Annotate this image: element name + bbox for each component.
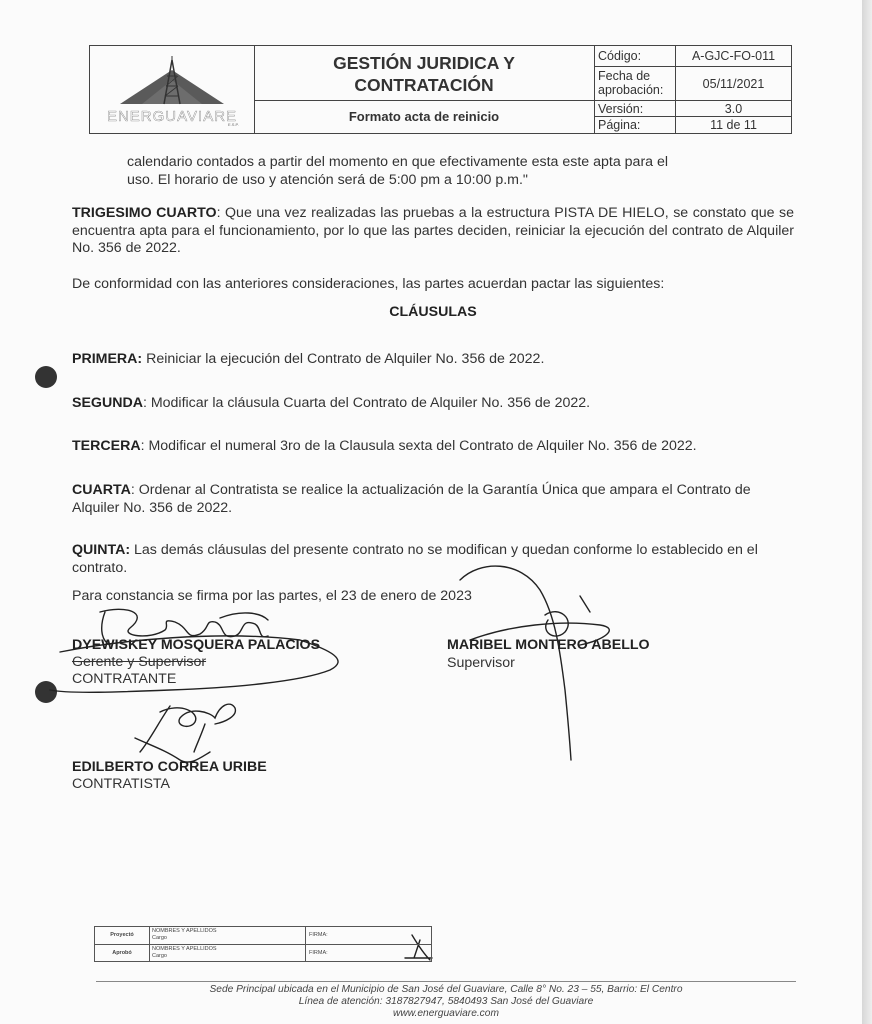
meta-row-fecha: Fecha de aprobación: 05/11/2021: [594, 67, 791, 101]
logo-cell: ENERGUAVIARE E.S.P.: [90, 46, 255, 133]
meta-row-codigo: Código: A-GJC-FO-011: [594, 46, 791, 67]
footer-phone: Línea de atención: 3187827947, 5840493 S…: [96, 996, 796, 1009]
title-line-2: CONTRATACIÓN: [254, 74, 594, 96]
clause-text: Las demás cláusulas del presente contrat…: [72, 542, 758, 576]
meta-value: 05/11/2021: [676, 67, 791, 100]
signatory-2-role: Supervisor: [447, 655, 515, 671]
meta-label: Página:: [594, 117, 676, 133]
approval-table: Proyectó NOMBRES Y APELLIDOS Cargo FIRMA…: [94, 926, 432, 962]
meta-label: Versión:: [594, 101, 676, 116]
title-line-1: GESTIÓN JURIDICA Y: [254, 52, 594, 74]
footer-address: Sede Principal ubicada en el Municipio d…: [96, 984, 796, 997]
approval-row-names: NOMBRES Y APELLIDOS Cargo: [152, 946, 302, 960]
clause-label: PRIMERA:: [72, 351, 142, 367]
approval-row-names: NOMBRES Y APELLIDOS Cargo: [152, 928, 302, 942]
mountain-tower-logo-icon: [112, 56, 232, 116]
signatory-3-role: CONTRATISTA: [72, 776, 170, 792]
trigesimo-cuarto-label: TRIGESIMO CUARTO: [72, 205, 217, 221]
meta-value: 3.0: [676, 101, 791, 116]
punch-hole-decoration: [35, 366, 57, 388]
document-subtitle: Formato acta de reinicio: [254, 109, 594, 124]
approval-row-aprobo: Aprobó NOMBRES Y APELLIDOS Cargo FIRMA:: [95, 944, 431, 962]
meta-value: 11 de 11: [676, 117, 791, 133]
clause-quinta: QUINTA: Las demás cláusulas del presente…: [72, 542, 794, 577]
conformidad-paragraph: De conformidad con las anteriores consid…: [72, 276, 794, 294]
clause-tercera: TERCERA: Modificar el numeral 3ro de la …: [72, 438, 794, 456]
document-header-table: ENERGUAVIARE E.S.P. GESTIÓN JURIDICA Y C…: [89, 45, 792, 134]
clause-label: TERCERA: [72, 438, 141, 454]
punch-hole-decoration: [35, 681, 57, 703]
clause-text: : Ordenar al Contratista se realice la a…: [72, 482, 751, 516]
clause-segunda: SEGUNDA: Modificar la cláusula Cuarta de…: [72, 395, 794, 413]
document-title: GESTIÓN JURIDICA Y CONTRATACIÓN: [254, 52, 594, 96]
meta-label: Fecha de aprobación:: [594, 67, 676, 100]
constancia-line: Para constancia se firma por las partes,…: [72, 588, 794, 606]
clause-text: : Modificar la cláusula Cuarta del Contr…: [143, 395, 590, 411]
trigesimo-cuarto-paragraph: TRIGESIMO CUARTO: Que una vez realizadas…: [72, 205, 794, 258]
approval-row-firma: FIRMA:: [305, 927, 432, 944]
signatory-1-party: CONTRATANTE: [72, 671, 176, 687]
signatory-3-name: EDILBERTO CORREA URIBE: [72, 759, 267, 775]
page-edge-shadow: [862, 0, 872, 1024]
footer-divider: [96, 981, 796, 982]
clause-label: CUARTA: [72, 482, 131, 498]
logo-subtext: E.S.P.: [228, 122, 239, 127]
signatory-2-name: MARIBEL MONTERO ABELLO: [447, 637, 650, 653]
signatory-1-name: DYEWISKEY MOSQUERA PALACIOS: [72, 637, 320, 653]
signatory-1-role: Gerente y Supervisor: [72, 654, 206, 670]
meta-row-version: Versión: 3.0: [594, 101, 791, 117]
names-placeholder: NOMBRES Y APELLIDOS: [152, 928, 302, 935]
clause-text: Reiniciar la ejecución del Contrato de A…: [142, 351, 544, 367]
document-page: ENERGUAVIARE E.S.P. GESTIÓN JURIDICA Y C…: [0, 0, 862, 1024]
cargo-placeholder: Cargo: [152, 935, 302, 942]
approval-row-firma: FIRMA:: [305, 945, 432, 962]
document-meta: Código: A-GJC-FO-011 Fecha de aprobación…: [594, 46, 791, 133]
clause-primera: PRIMERA: Reiniciar la ejecución del Cont…: [72, 351, 794, 369]
approval-row-label: Proyectó: [95, 927, 150, 944]
footer-website: www.energuaviare.com: [96, 1008, 796, 1021]
clause-label: SEGUNDA: [72, 395, 143, 411]
clause-label: QUINTA:: [72, 542, 130, 558]
meta-row-pagina: Página: 11 de 11: [594, 117, 791, 133]
names-placeholder: NOMBRES Y APELLIDOS: [152, 946, 302, 953]
clausulas-heading: CLÁUSULAS: [72, 304, 794, 322]
meta-label: Código:: [594, 46, 676, 66]
continuation-line-1: calendario contados a partir del momento…: [127, 154, 767, 172]
continuation-paragraph: calendario contados a partir del momento…: [127, 154, 767, 189]
title-cell: GESTIÓN JURIDICA Y CONTRATACIÓN Formato …: [254, 46, 595, 133]
cargo-placeholder: Cargo: [152, 953, 302, 960]
approval-row-proyecto: Proyectó NOMBRES Y APELLIDOS Cargo FIRMA…: [95, 927, 431, 944]
approval-row-label: Aprobó: [95, 945, 150, 962]
meta-value: A-GJC-FO-011: [676, 46, 791, 66]
clause-text: : Modificar el numeral 3ro de la Clausul…: [141, 438, 697, 454]
title-divider: [254, 100, 594, 101]
continuation-line-2: uso. El horario de uso y atención será d…: [127, 172, 767, 190]
clause-cuarta: CUARTA: Ordenar al Contratista se realic…: [72, 482, 794, 517]
